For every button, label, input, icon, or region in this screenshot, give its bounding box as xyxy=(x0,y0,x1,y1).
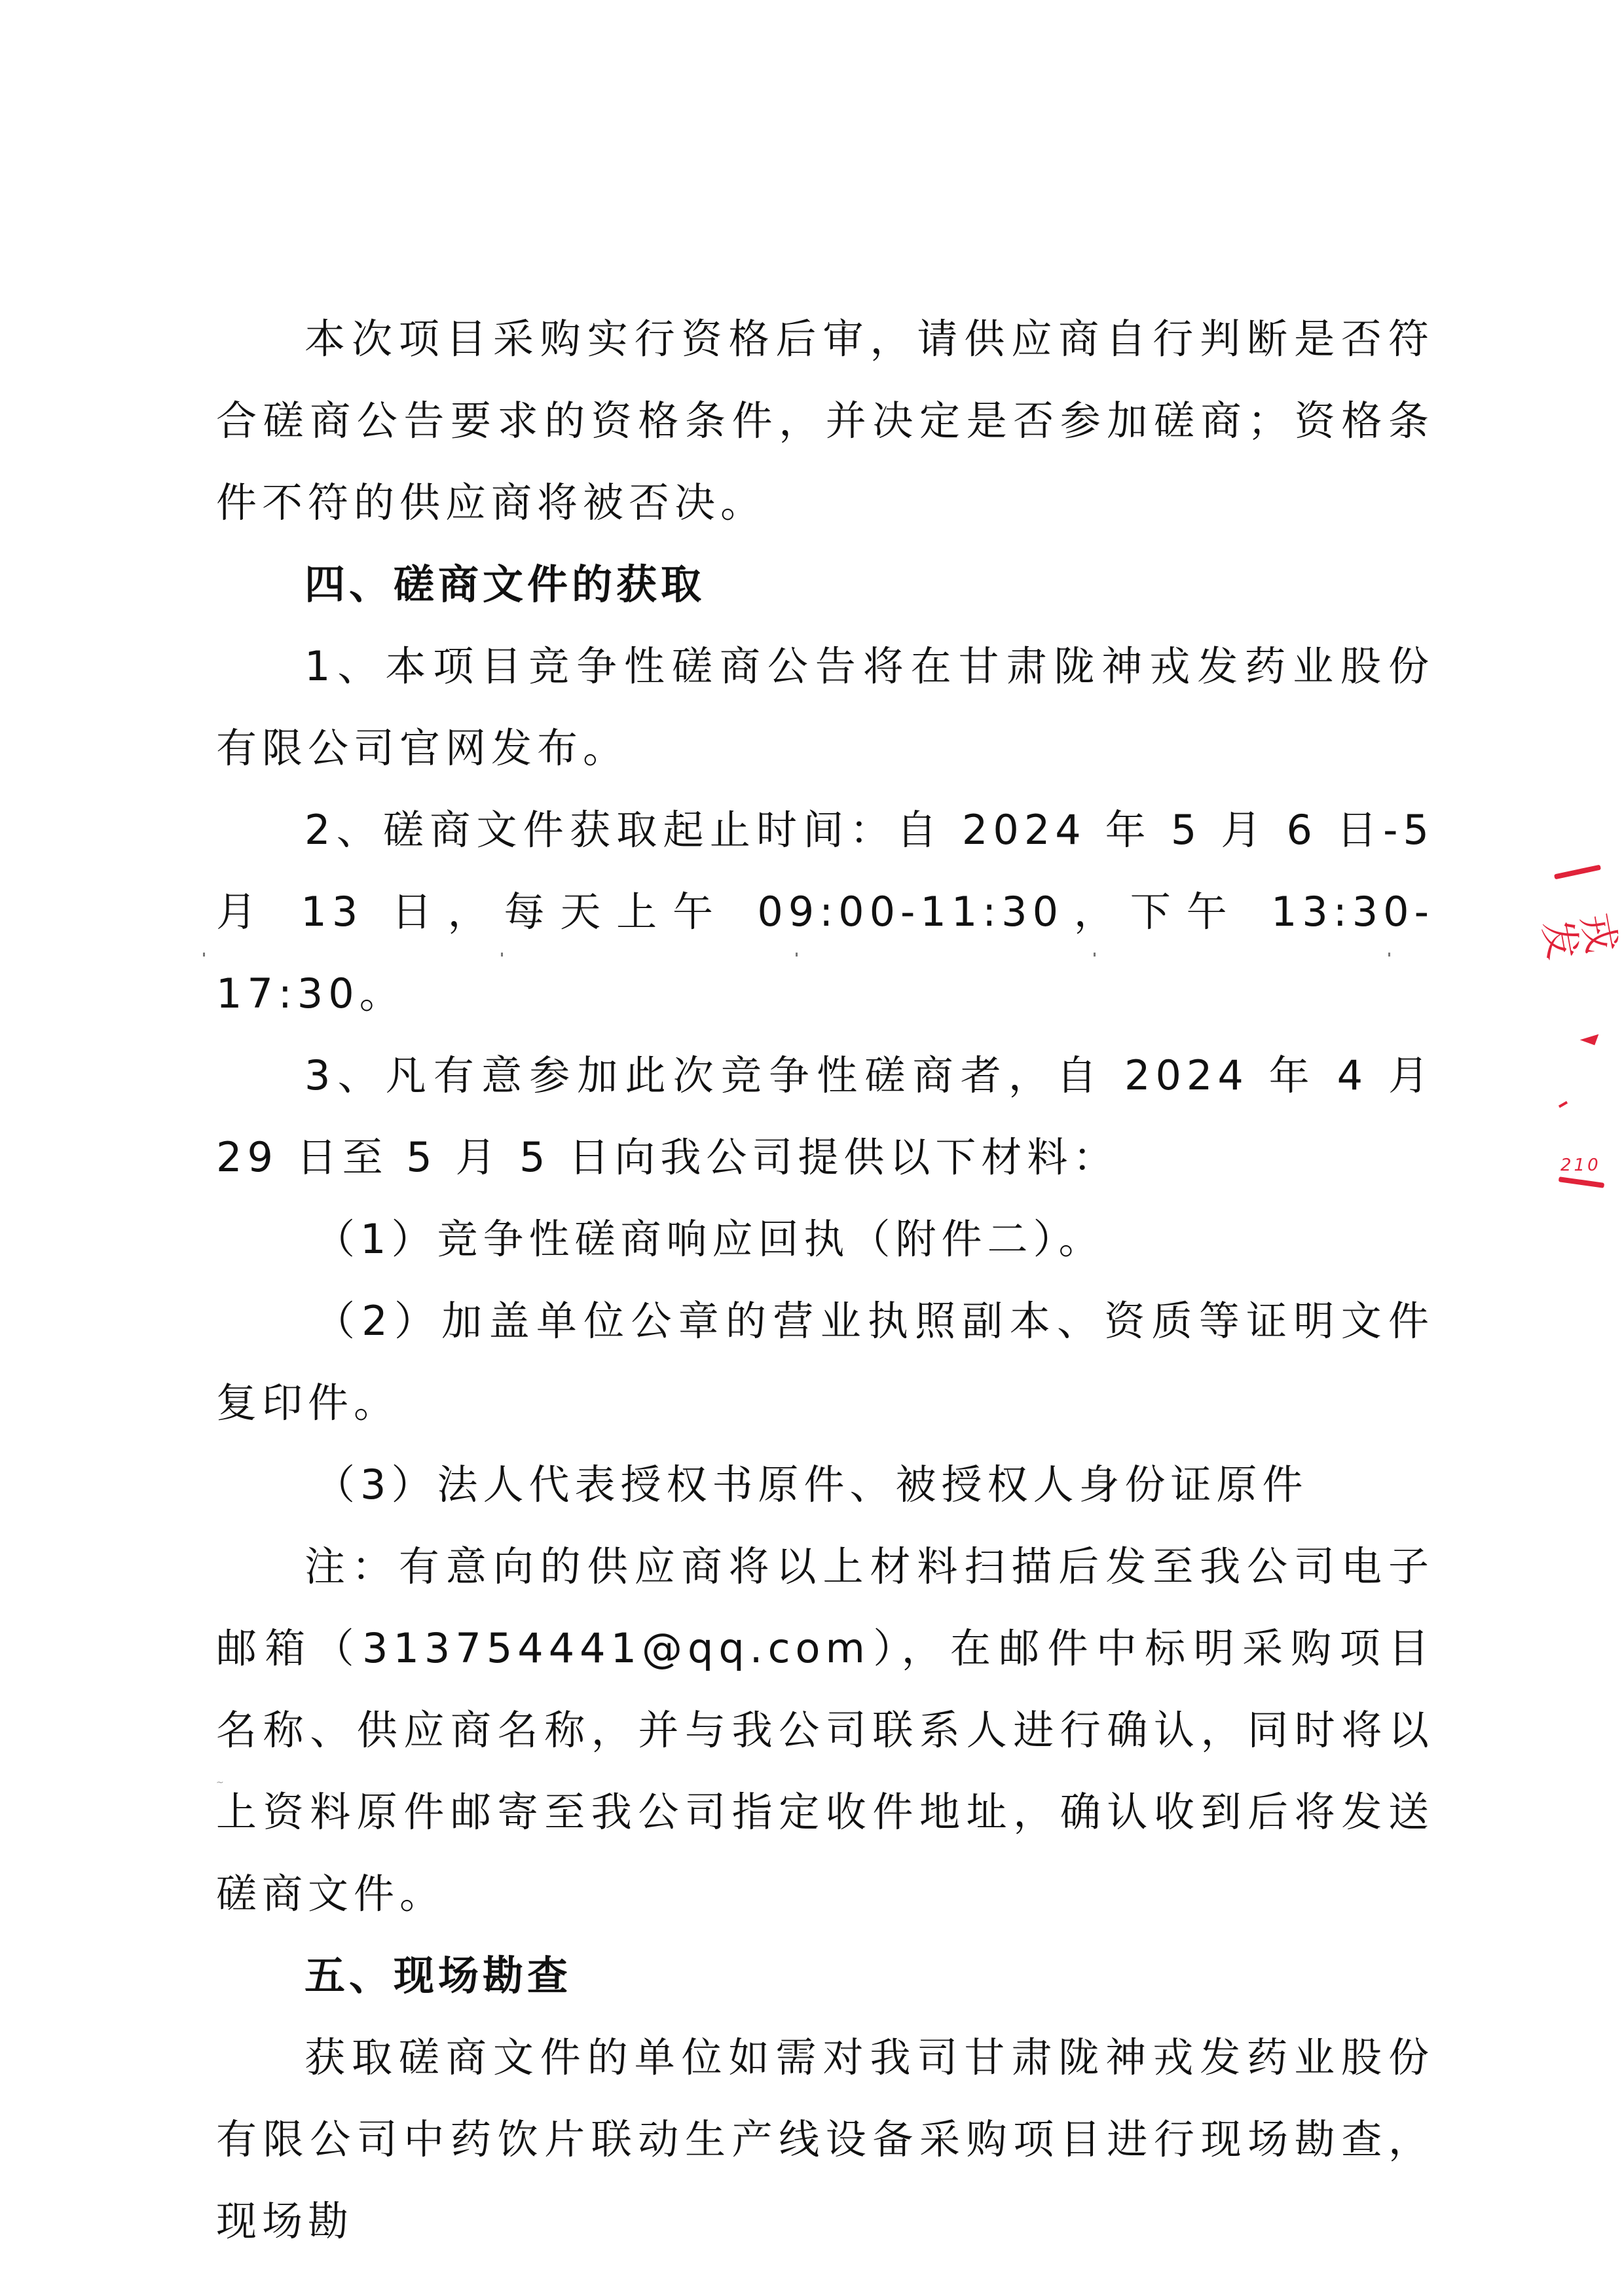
stamp-star-fragment xyxy=(1580,1029,1599,1045)
document-page: 本次项目采购实行资格后审，请供应商自行判断是否符合磋商公告要求的资格条件，并决定… xyxy=(0,0,1624,2296)
material-item-1: （1）竞争性磋商响应回执（附件二）。 xyxy=(216,1198,1434,1280)
paragraph-site-visit: 获取磋商文件的单位如需对我司甘肃陇神戎发药业股份有限公司中药饮片联动生产线设备采… xyxy=(216,2016,1434,2262)
stamp-fragment xyxy=(1559,1101,1568,1108)
material-item-3: （3）法人代表授权书原件、被授权人身份证原件 xyxy=(216,1444,1434,1525)
company-seal-stamp: 戎发 210 xyxy=(1542,858,1614,1185)
scan-artifact: ~ xyxy=(216,1777,224,1788)
stamp-serial-digits: 210 xyxy=(1560,1156,1601,1175)
section-heading-document-acquisition: 四、磋商文件的获取 xyxy=(216,543,1434,625)
section-heading-site-visit: 五、现场勘查 xyxy=(216,1935,1434,2016)
document-body: 本次项目采购实行资格后审，请供应商自行判断是否符合磋商公告要求的资格条件，并决定… xyxy=(216,298,1434,2262)
stamp-border-bottom xyxy=(1559,1176,1604,1188)
paragraph-item-1: 1、本项目竞争性磋商公告将在甘肃陇神戎发药业股份有限公司官网发布。 xyxy=(216,625,1434,789)
paragraph-note: 注：有意向的供应商将以上材料扫描后发至我公司电子邮箱（313754441@qq.… xyxy=(216,1525,1434,1935)
paragraph-qualification-review: 本次项目采购实行资格后审，请供应商自行判断是否符合磋商公告要求的资格条件，并决定… xyxy=(216,298,1434,543)
paragraph-item-3: 3、凡有意参加此次竞争性磋商者，自 2024 年 4 月 29 日至 5 月 5… xyxy=(216,1034,1434,1198)
stamp-border-top xyxy=(1554,865,1601,880)
material-item-2: （2）加盖单位公章的营业执照副本、资质等证明文件复印件。 xyxy=(216,1280,1434,1444)
paragraph-item-2: 2、磋商文件获取起止时间：自 2024 年 5 月 6 日-5 月 13 日，每… xyxy=(216,789,1434,1034)
stamp-characters: 戎发 xyxy=(1537,910,1624,988)
scan-dots xyxy=(203,953,1434,959)
